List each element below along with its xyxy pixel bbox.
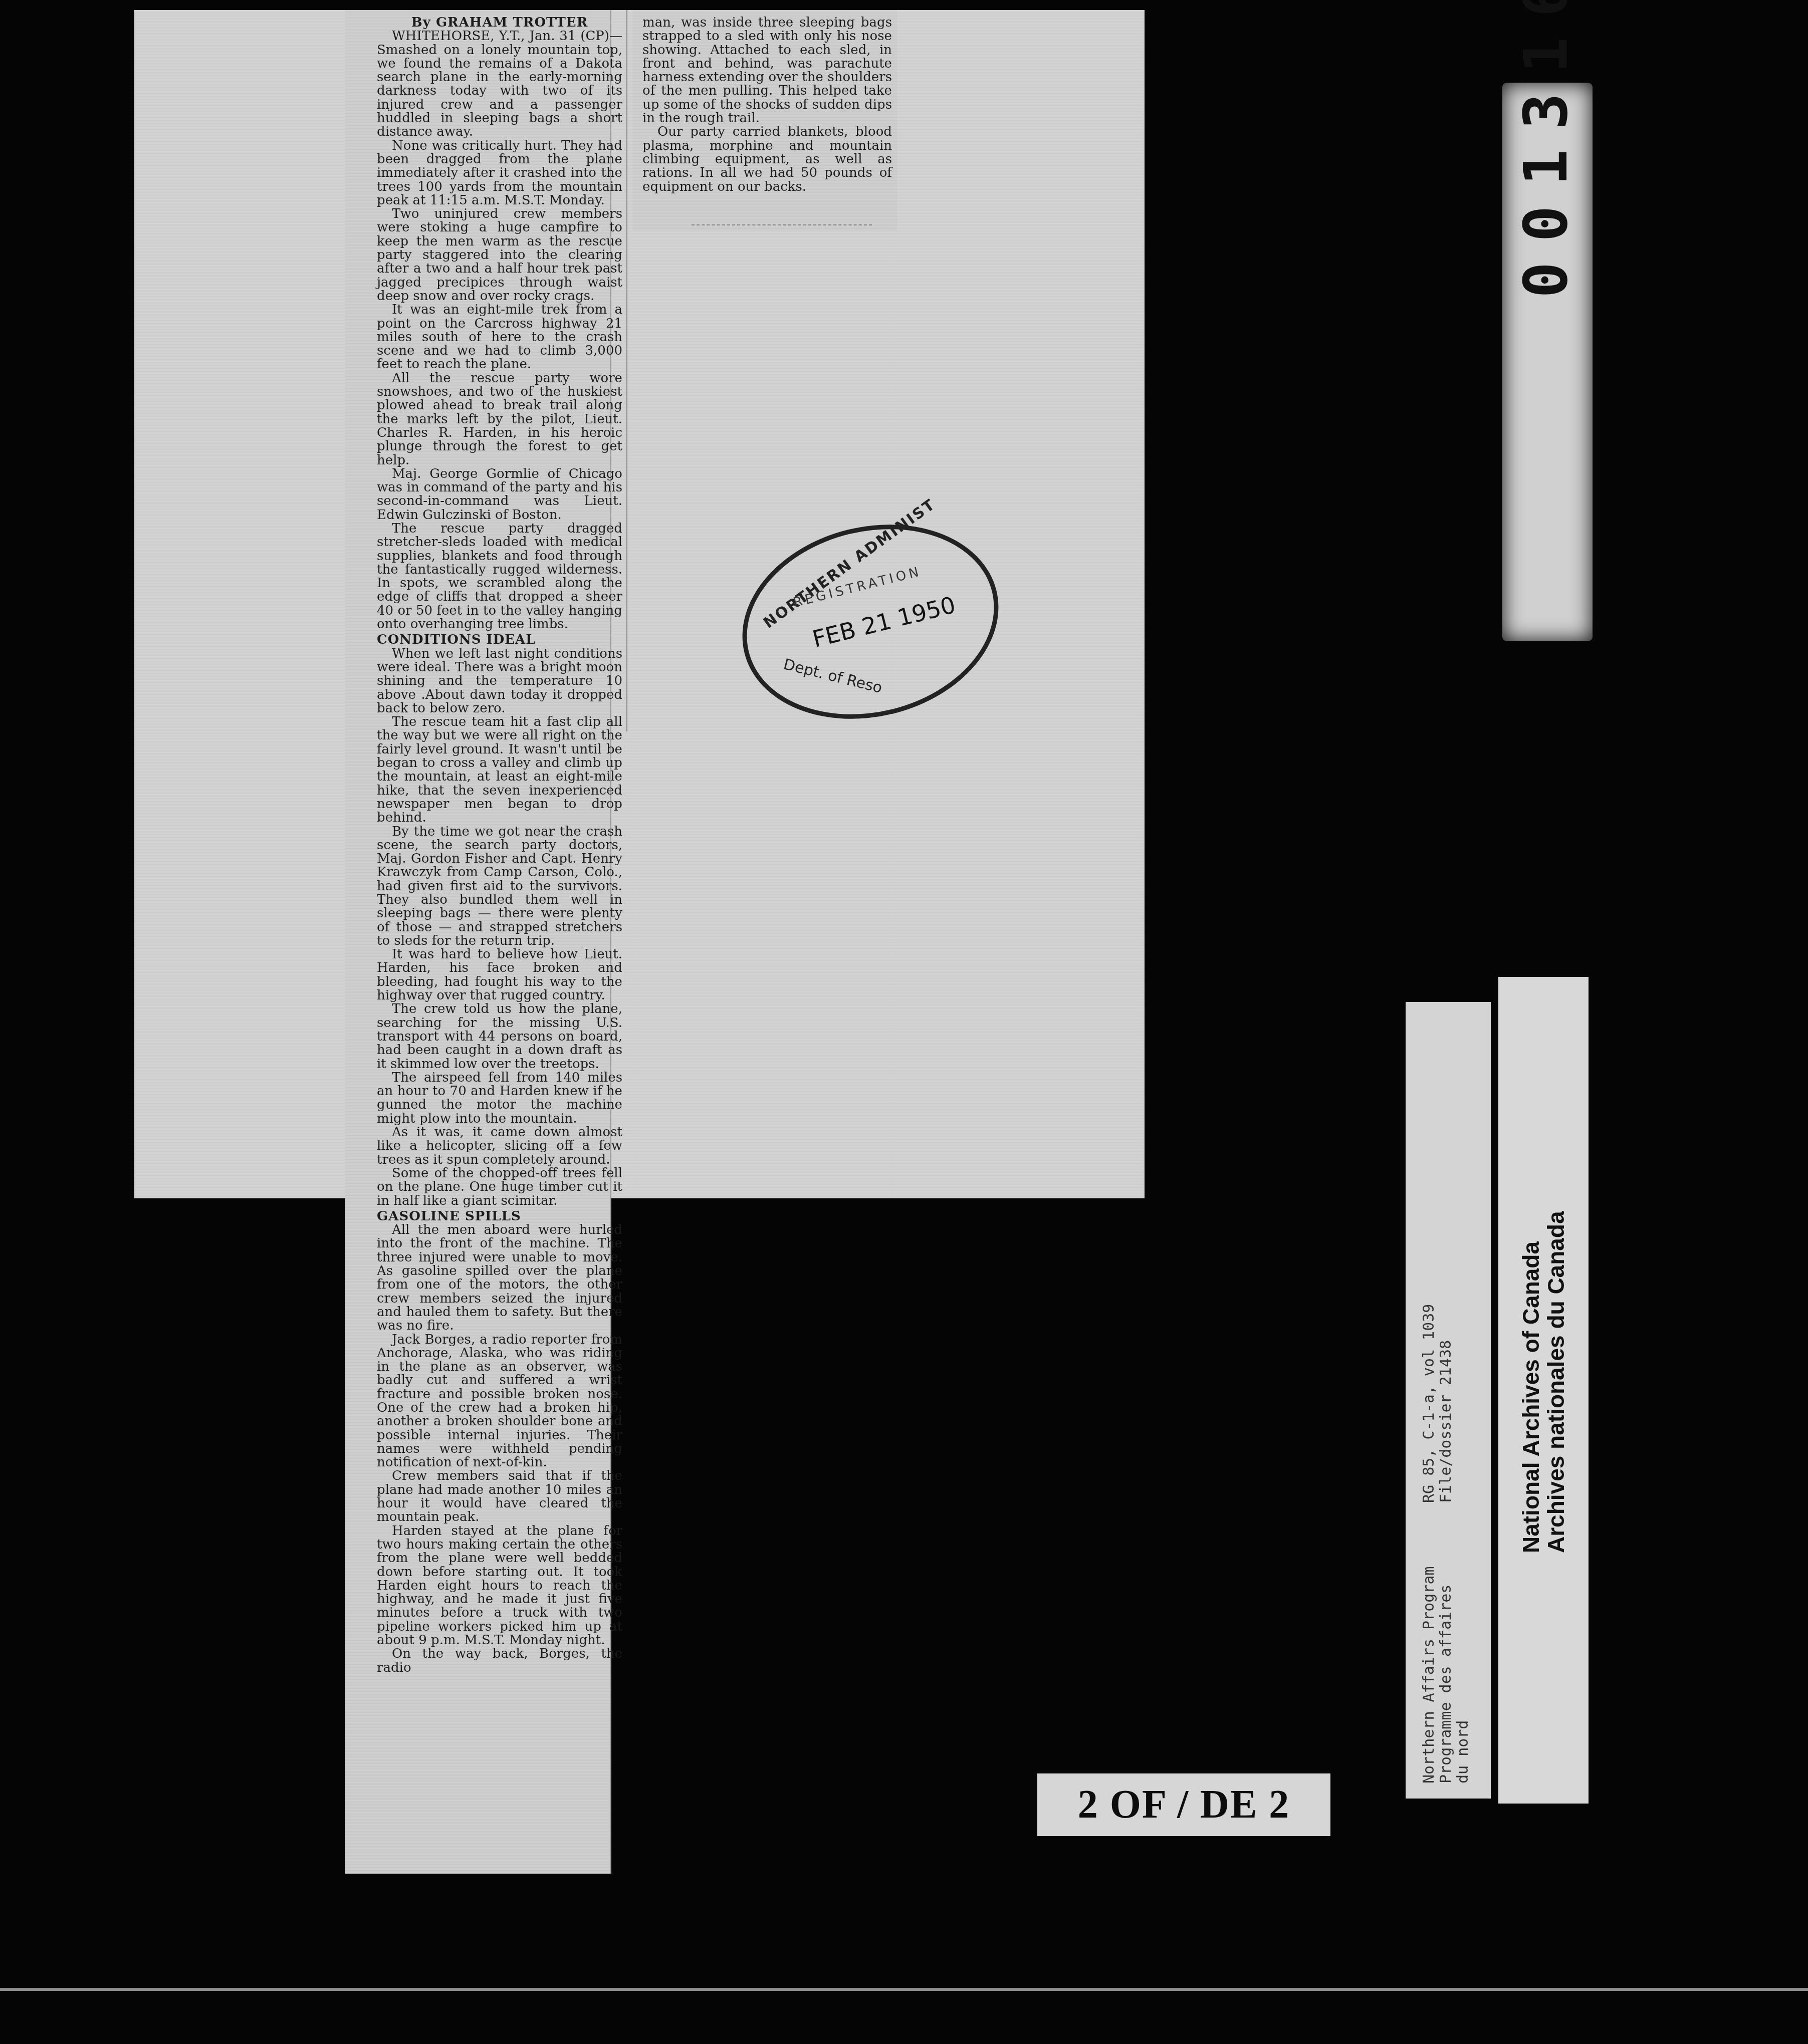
- program-fr: Programme des affaires: [1438, 1585, 1455, 1783]
- paragraph: Maj. George Gormlie of Chicago was in co…: [377, 467, 622, 522]
- subheading-gasoline: GASOLINE SPILLS: [377, 1210, 622, 1223]
- column-rule: [626, 10, 627, 731]
- byline: By GRAHAM TROTTER: [377, 16, 622, 30]
- paragraph: It was an eight-mile trek from a point o…: [377, 303, 622, 371]
- end-of-article-mark: [692, 224, 872, 225]
- paragraph: Our party carried blankets, blood plasma…: [642, 125, 892, 193]
- archive-name-en: National Archives of Canada: [1518, 1241, 1543, 1553]
- paragraphs-3: All the men aboard were hurled into the …: [377, 1223, 622, 1675]
- paragraph: All the rescue party wore snowshoes, and…: [377, 372, 622, 467]
- paragraph: When we left last night conditions were …: [377, 647, 622, 715]
- paragraph: By the time we got near the crash scene,…: [377, 825, 622, 948]
- program-fr-2: du nord: [1455, 1720, 1472, 1783]
- paragraph: WHITEHORSE, Y.T., Jan. 31 (CP)—Smashed o…: [377, 30, 622, 139]
- paragraph: The crew told us how the plane, searchin…: [377, 1002, 622, 1071]
- paragraph: Some of the chopped-off trees fell on th…: [377, 1167, 622, 1208]
- paragraph: The airspeed fell from 140 miles an hour…: [377, 1071, 622, 1126]
- paragraph: None was critically hurt. They had been …: [377, 139, 622, 207]
- file-line: File/dossier 21438: [1438, 1340, 1455, 1503]
- paragraph: Jack Borges, a radio reporter from Ancho…: [377, 1333, 622, 1470]
- frame-number: 001316: [1511, 0, 1581, 298]
- frame-counter: 001316: [1502, 83, 1593, 641]
- subheading-conditions: CONDITIONS IDEAL: [377, 633, 622, 647]
- paragraph: As it was, it came down almost like a he…: [377, 1126, 622, 1167]
- archive-reference-label: RG 85, C-1-a, vol 1039 File/dossier 2143…: [1406, 1002, 1491, 1799]
- page-count-card: 2 OF / DE 2: [1037, 1773, 1330, 1836]
- film-edge-line: [0, 1988, 1808, 1991]
- paragraph: Two uninjured crew members were stoking …: [377, 207, 622, 303]
- paragraph: The rescue party dragged stretcher-sleds…: [377, 522, 622, 631]
- paragraphs-1: WHITEHORSE, Y.T., Jan. 31 (CP)—Smashed o…: [377, 30, 622, 631]
- paragraph: It was hard to believe how Lieut. Harden…: [377, 948, 622, 1002]
- archive-name-fr: Archives nationales du Canada: [1543, 1211, 1568, 1553]
- reference-line: RG 85, C-1-a, vol 1039: [1421, 1304, 1438, 1503]
- paragraph: The rescue team hit a fast clip all the …: [377, 715, 622, 825]
- stamp-department: Dept. of Reso: [782, 655, 884, 697]
- paragraph: man, was inside three sleeping bags stra…: [642, 16, 892, 125]
- paragraph: On the way back, Borges, the radio: [377, 1647, 622, 1675]
- program-en: Northern Affairs Program: [1421, 1567, 1438, 1783]
- paragraph: Harden stayed at the plane for two hours…: [377, 1524, 622, 1648]
- paragraphs-2: When we left last night conditions were …: [377, 647, 622, 1208]
- paragraph: All the men aboard were hurled into the …: [377, 1223, 622, 1333]
- article-column-right: man, was inside three sleeping bags stra…: [642, 16, 892, 194]
- archive-name-label: National Archives of Canada Archives nat…: [1498, 977, 1589, 1804]
- article-column-left: By GRAHAM TROTTER WHITEHORSE, Y.T., Jan.…: [377, 16, 622, 1675]
- paragraph: Crew members said that if the plane had …: [377, 1469, 622, 1524]
